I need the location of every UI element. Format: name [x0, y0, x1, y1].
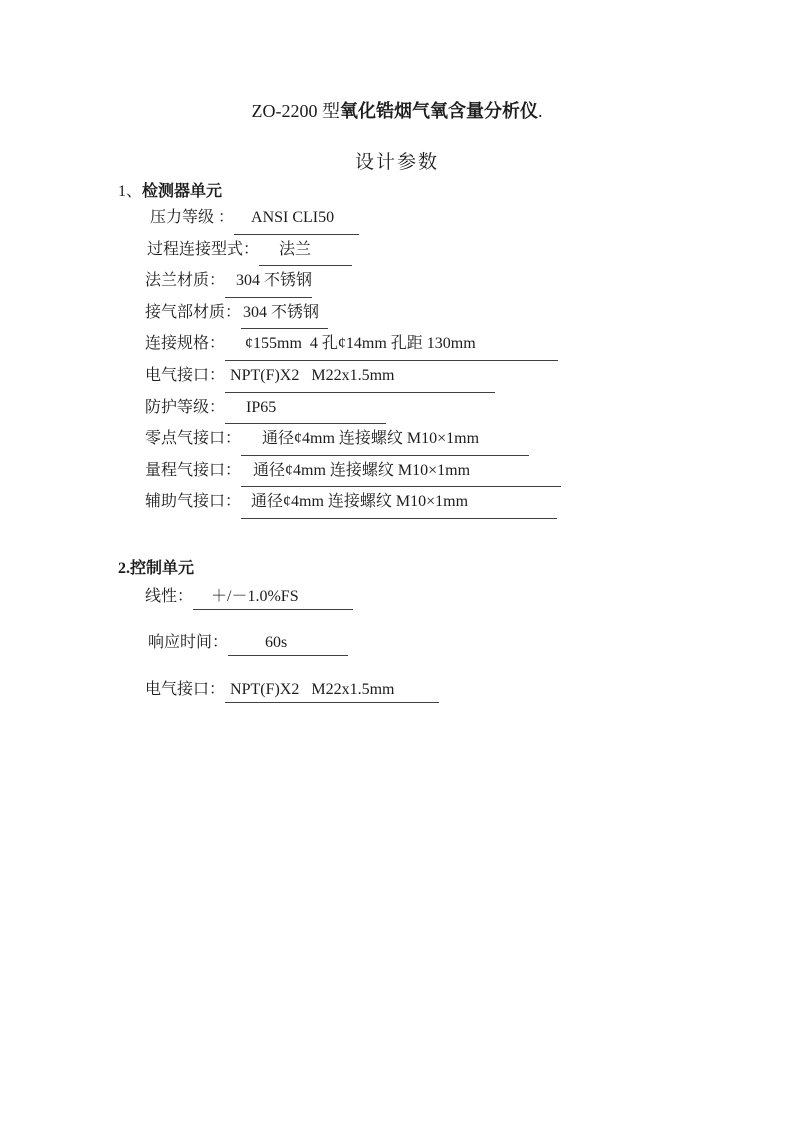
- spec-row-connection-spec: 连接规格：¢155mm 4 孔¢14mm 孔距 130mm: [145, 329, 794, 361]
- spec-row-aux-gas-port: 辅助气接口：通径¢4mm 连接螺纹 M10×1mm: [145, 487, 794, 519]
- spec-label: 零点气接口：: [145, 430, 241, 447]
- document-page: ZO-2200 型氧化锆烟气氧含量分析仪. 设计参数 1、检测器单元 压力等级 …: [0, 0, 794, 1123]
- spec-label: 法兰材质：: [145, 272, 225, 289]
- spec-label: 响应时间：: [148, 634, 228, 651]
- spec-label: 连接规格：: [145, 335, 225, 352]
- spec-label: 防护等级：: [145, 399, 225, 416]
- spec-value-underlined: 通径¢4mm 连接螺纹 M10×1mm: [241, 424, 529, 456]
- document-subtitle: 设计参数: [0, 150, 794, 175]
- section-1-title: 检测器单元: [142, 183, 222, 200]
- title-suffix: .: [538, 101, 543, 121]
- spec-row-protection-rating: 防护等级：IP65: [145, 393, 794, 425]
- spec-row-zero-gas-port: 零点气接口：通径¢4mm 连接螺纹 M10×1mm: [145, 424, 794, 456]
- spec-value-underlined: ¢155mm 4 孔¢14mm 孔距 130mm: [225, 329, 558, 361]
- spec-row-pressure-class: 压力等级 ：ANSI CLI50: [150, 203, 794, 235]
- spec-row-span-gas-port: 量程气接口：通径¢4mm 连接螺纹 M10×1mm: [145, 456, 794, 488]
- spec-row-process-connection: 过程连接型式：法兰: [147, 235, 794, 267]
- spec-row-flange-material: 法兰材质：304 不锈钢: [145, 266, 794, 298]
- spec-row-gas-contact-material: 接气部材质：304 不锈钢: [145, 298, 794, 330]
- title-main: 氧化锆烟气氧含量分析仪: [340, 101, 538, 121]
- spec-value-underlined: IP65: [225, 393, 386, 425]
- spec-value-underlined: 通径¢4mm 连接螺纹 M10×1mm: [241, 487, 557, 519]
- spec-label: 辅助气接口：: [145, 493, 241, 510]
- section-2-rows: 线性：＋/－1.0%FS 响应时间：60s 电气接口：NPT(F)X2 M22x…: [145, 586, 794, 703]
- spec-label: 量程气接口：: [145, 462, 241, 479]
- spec-value-underlined: NPT(F)X2 M22x1.5mm: [225, 361, 495, 393]
- title-model-prefix: ZO-2200 型: [252, 101, 341, 121]
- spec-row-response-time: 响应时间：60s: [148, 632, 794, 656]
- spec-value-underlined: 通径¢4mm 连接螺纹 M10×1mm: [241, 456, 561, 488]
- section-2-title: 控制单元: [130, 560, 194, 577]
- spec-label: 过程连接型式：: [147, 241, 259, 258]
- spec-row-electrical-interface-2: 电气接口：NPT(F)X2 M22x1.5mm: [145, 679, 794, 703]
- spec-value-underlined: 304 不锈钢: [241, 298, 328, 330]
- spec-label: 电气接口：: [145, 681, 225, 698]
- spec-row-linearity: 线性：＋/－1.0%FS: [145, 586, 794, 610]
- spec-value-underlined: NPT(F)X2 M22x1.5mm: [225, 679, 439, 703]
- spec-value-underlined: 60s: [228, 632, 348, 656]
- section-1-heading: 1、检测器单元: [118, 181, 794, 203]
- spec-row-electrical-interface: 电气接口：NPT(F)X2 M22x1.5mm: [145, 361, 794, 393]
- spec-value-underlined: 304 不锈钢: [225, 266, 312, 298]
- spec-label: 电气接口：: [145, 367, 225, 384]
- spec-label: 压力等级 ：: [150, 209, 234, 226]
- spec-value-underlined: ANSI CLI50: [234, 203, 359, 235]
- spec-value-underlined: ＋/－1.0%FS: [193, 586, 353, 610]
- section-2-number: 2.: [118, 560, 130, 577]
- spec-label: 线性：: [145, 588, 193, 605]
- document-title: ZO-2200 型氧化锆烟气氧含量分析仪.: [0, 98, 794, 124]
- spec-label: 接气部材质：: [145, 304, 241, 321]
- spec-value-underlined: 法兰: [259, 235, 352, 267]
- section-1-number: 1、: [118, 183, 142, 200]
- section-2-heading: 2.控制单元: [118, 558, 794, 580]
- section-1-rows: 压力等级 ：ANSI CLI50 过程连接型式：法兰 法兰材质：304 不锈钢 …: [145, 203, 794, 519]
